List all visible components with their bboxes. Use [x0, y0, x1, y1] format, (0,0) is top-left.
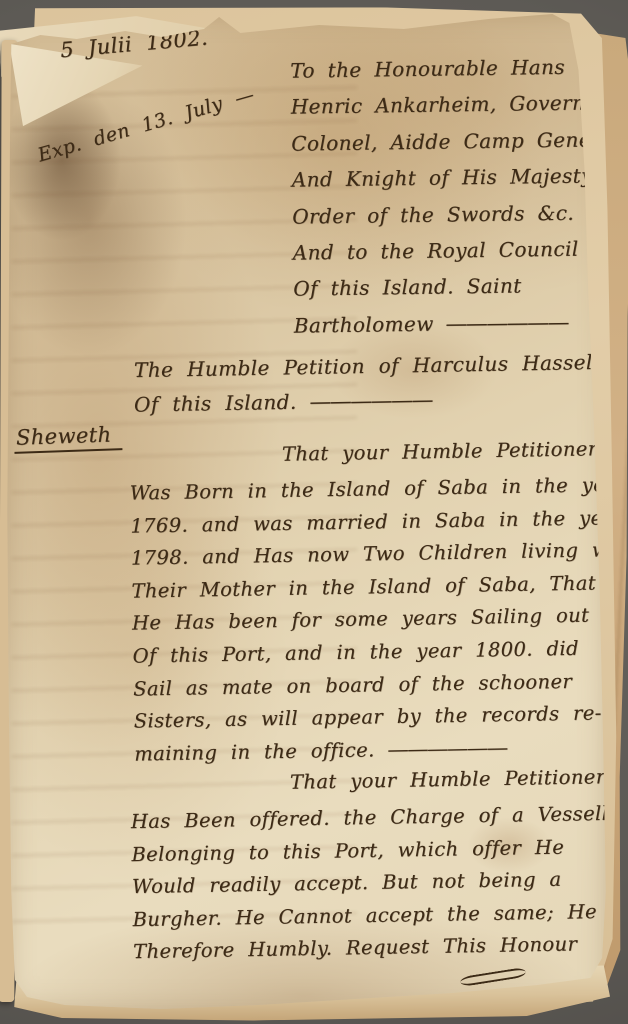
address-line: Bartholomew ――――――	[294, 302, 628, 344]
manuscript-page: 5 Julii 1802. Exp. den 13. July — To the…	[4, 10, 610, 1012]
petition-title-line-2: Of this Island. ――――――	[134, 387, 433, 416]
address-line: Of this Island. Saint	[293, 266, 628, 308]
petition-title-line-1: The Humble Petition of Harculus Hassell	[134, 350, 600, 382]
address-line: Henric Ankarheim, Governor,	[290, 84, 628, 126]
paragraph1-opening: That your Humble Petitioner	[282, 437, 598, 466]
margin-word-sheweth: Sheweth	[14, 422, 122, 454]
paragraph2-opening: That your Humble Petitioner	[290, 765, 606, 794]
address-line: Colonel, Aidde Camp General	[291, 120, 628, 162]
photograph-background: 5 Julii 1802. Exp. den 13. July — To the…	[0, 0, 628, 1024]
address-line: Order of the Swords &c. &c. &c.	[292, 193, 628, 235]
double-line-flourish	[460, 967, 527, 987]
address-block: To the Honourable Hans Henric Ankarheim,…	[290, 47, 628, 344]
address-line: And Knight of His Majestys	[292, 157, 628, 199]
address-line: And to the Royal Council	[293, 229, 628, 271]
paragraph2-body: Has Been offered. the Charge of a Vessel…	[131, 798, 611, 969]
paragraph1-body: Was Born in the Island of Saba in the ye…	[129, 468, 628, 771]
paragraph2-line: Therefore Humbly. Request This Honour	[133, 928, 611, 969]
